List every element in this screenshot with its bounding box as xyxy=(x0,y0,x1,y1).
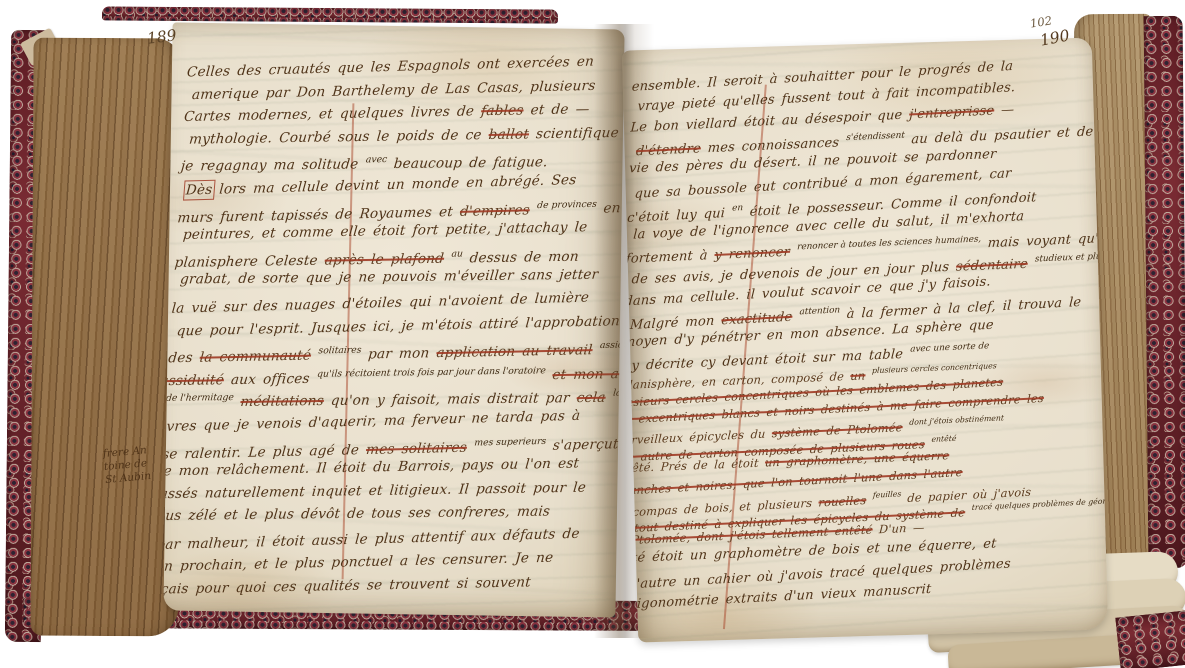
marbled-cover-corner xyxy=(1115,610,1185,668)
manuscript-page-left: Celles des cruautés que les Espagnols on… xyxy=(163,22,624,617)
manuscript-photo: Celles des cruautés que les Espagnols on… xyxy=(0,0,1185,668)
folio-number: 102 xyxy=(1029,13,1053,30)
right-page-lines: ensemble. Il seroit à souhaitter pour le… xyxy=(622,46,1108,616)
left-page-lines: Celles des cruautés que les Espagnols on… xyxy=(163,46,624,602)
manuscript-page-right: ensemble. Il seroit à souhaitter pour le… xyxy=(622,38,1108,643)
marbled-cover-top-edge xyxy=(102,6,558,23)
marbled-cover-right-edge xyxy=(1144,16,1185,568)
page-number-left: 189 xyxy=(146,26,178,47)
margin-note-frere-antoine: frere Antoine deSt Aubin xyxy=(102,444,151,487)
page-edge-stack-left xyxy=(30,38,181,637)
